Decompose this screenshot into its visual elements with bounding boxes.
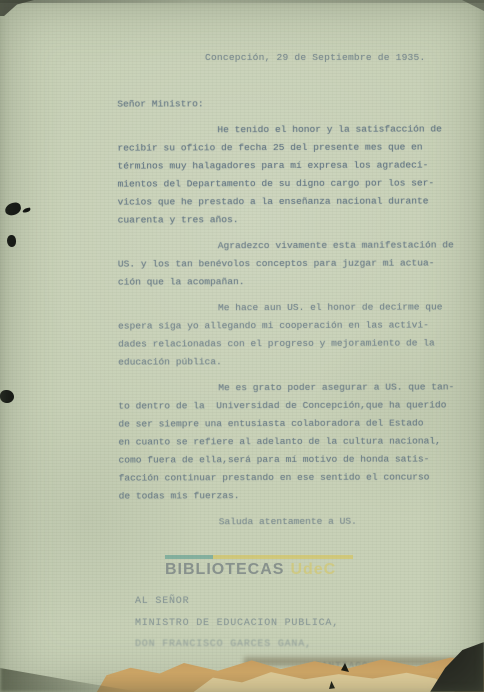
bibliotecas-watermark: BIBLIOTECASUdeC [165, 555, 365, 579]
ink-blot [0, 390, 14, 403]
letter-line: de todas mis fuerzas. [119, 486, 459, 505]
letter-line: en cuanto se refiere al adelanto de la c… [118, 432, 458, 451]
watermark-bar-teal [165, 555, 213, 559]
address-line: AL SEÑOR [135, 591, 339, 613]
paragraph-2: Agradezco vivamente esta manifestación d… [118, 236, 458, 291]
watermark-bar [165, 555, 353, 559]
letter-line: recibir su oficio de fecha 25 del presen… [117, 138, 457, 157]
letter-line: educación pública. [118, 352, 458, 371]
watermark-bar-yellow [213, 555, 353, 559]
watermark-text: BIBLIOTECAS [165, 561, 284, 578]
letter-line: vicios que he prestado a la enseñanza na… [118, 192, 458, 211]
top-edge-shadow [0, 0, 484, 3]
closing-salute: Saluda atentamente a US. [219, 512, 459, 531]
salutation: Señor Ministro: [117, 94, 457, 113]
ink-blot [7, 235, 16, 247]
address-line: MINISTRO DE EDUCACION PUBLICA, [135, 613, 339, 635]
ink-blot [4, 201, 22, 216]
address-line: DON FRANCISCO GARCES GANA, [135, 634, 339, 656]
letter-line: dades relacionadas con el progreso y mej… [118, 334, 458, 353]
paragraph-3: Me hace aun US. el honor de decirme que … [118, 298, 458, 371]
letter-line: Me es grato poder asegurar a US. que tan… [218, 378, 458, 397]
scanned-letter-page: Concepción, 29 de Septiembre de 1935. Se… [0, 0, 484, 692]
letter-line: Me hace aun US. el honor de decirme que [218, 298, 458, 317]
letter-line: Agradezco vivamente esta manifestación d… [218, 236, 458, 255]
watermark-suffix: UdeC [290, 561, 336, 578]
letter-line: to dentro de la Universidad de Concepció… [118, 396, 458, 415]
letter-line: espera siga yo allegando mi cooperación … [118, 316, 458, 335]
letter-line: mientos del Departamento de su digno car… [118, 174, 458, 193]
letter-line: ción que la acompañan. [118, 272, 458, 291]
letter-line: de ser siempre una entusiasta colaborado… [118, 414, 458, 433]
paragraph-4: Me es grato poder asegurar a US. que tan… [118, 378, 458, 505]
letter-line: US. y los tan benévolos conceptos para j… [118, 254, 458, 273]
letter-line: facción continuar prestando en ese senti… [119, 468, 459, 487]
letter-line: cuarenta y tres años. [118, 210, 458, 229]
paragraph-1: He tenido el honor y la satisfacción de … [117, 120, 457, 229]
letter-body: Señor Ministro: He tenido el honor y la … [117, 94, 459, 531]
letter-line: términos muy halagadores para mí expresa… [117, 156, 457, 175]
letter-line: He tenido el honor y la satisfacción de [217, 120, 457, 139]
dateline: Concepción, 29 de Septiembre de 1935. [205, 52, 425, 63]
recipient-address: AL SEÑOR MINISTRO DE EDUCACION PUBLICA, … [135, 591, 339, 656]
watermark-text-row: BIBLIOTECASUdeC [165, 561, 365, 579]
letter-line: como fuera de ella,será para mí motivo d… [118, 450, 458, 469]
